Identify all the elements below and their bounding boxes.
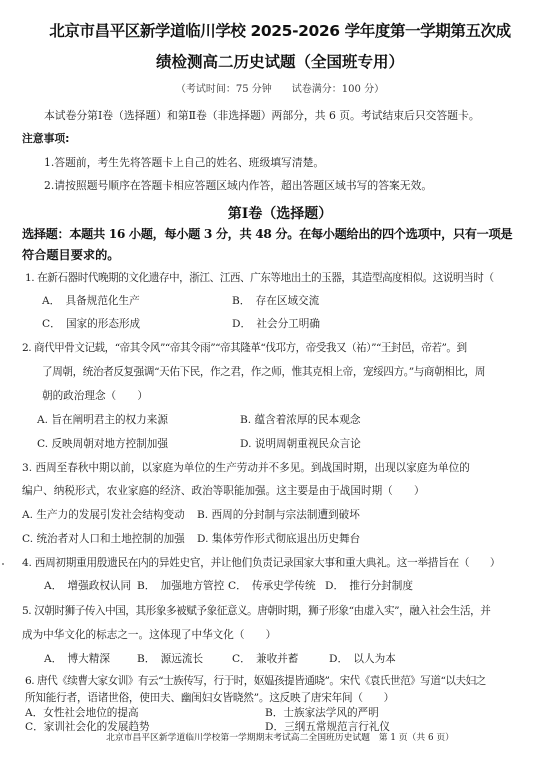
option-d: D． 以人为本: [329, 651, 396, 666]
question-stem: 编户、纳税形式，农业家庭的经济、政治等职能加强。这主要是由于战国时期（ ）: [22, 483, 425, 498]
option-c: C． 国家的形态形成: [42, 316, 140, 331]
section-title: 第Ⅰ卷（选择题）: [0, 203, 560, 223]
option-c: C． 传承史学传统: [228, 578, 316, 593]
option-b: B． 加强地方管控: [137, 578, 224, 593]
question-stem: 3. 西周至春秋中期以前，以家庭为单位的生产劳动并不多见。到战国时期，出现以家庭…: [22, 460, 470, 475]
exam-time-and-score: （考试时间：75 分钟 试卷满分：100 分）: [0, 80, 560, 95]
option-d: D． 推行分封制度: [325, 578, 413, 593]
question-stem: 所知能行者，语诸世俗，使田夫、幽闺妇女皆晓然”。这反映了唐宋年间（ ）: [25, 690, 394, 705]
question-stem: 5. 汉朝时狮子传入中国，其形象多被赋予象征意义。唐朝时期，狮子形象“由虚入实”…: [22, 603, 490, 618]
question-6-option-c: C．家训社会化的发展趋势: [25, 719, 150, 734]
option-b: B．士族家法学风的严明: [265, 705, 379, 720]
question-stem: 1. 在新石器时代晚期的文化遗存中，浙江、江西、广东等地出土的玉器，其造型高度相…: [25, 270, 494, 285]
option-c: C. 反映周朝对地方控制加强: [37, 436, 168, 451]
option-d: D. 集体劳作形式彻底退出历史舞台: [197, 531, 360, 546]
option-b: B． 存在区域交流: [232, 293, 319, 308]
option-a: A. 生产力的发展引发社会结构变动: [22, 507, 185, 522]
question-stem: 了周朝，统治者反复强调“天佑下民，作之君，作之师，惟其克相上帝，宠绥四方。”与商…: [42, 364, 485, 379]
option-b: B. 蕴含着浓厚的民本观念: [240, 412, 360, 427]
question-stem: 4. 西周初期重用殷遗民在内的异姓史官，并让他们负责记录国家大事和重大典礼。这一…: [22, 555, 500, 570]
scan-speck: [147, 491, 149, 493]
scan-speck: [2, 563, 4, 565]
option-a: A． 博大精深: [44, 651, 110, 666]
option-c: C． 兼收并蓄: [232, 651, 298, 666]
section-instruction-line-1: 选择题：本题共 16 小题，每小题 3 分，共 48 分。在每小题给出的四个选项…: [22, 225, 512, 242]
option-d: D. 说明周朝重视民众言论: [240, 436, 361, 451]
option-a: A． 具备规范化生产: [42, 293, 140, 308]
question-6-option-d: D．三纲五常规范言行礼仪: [265, 719, 390, 734]
option-b: B. 西周的分封制与宗法制遭到破坏: [197, 507, 360, 522]
option-a: A. 旨在阐明君主的权力来源: [37, 412, 168, 427]
question-stem: 成为中华文化的标志之一。这体现了中华文化（ ）: [22, 627, 276, 642]
exam-intro: 本试卷分第Ⅰ卷（选择题）和第Ⅱ卷（非选择题）两部分，共 6 页。考试结束后只交答…: [44, 108, 480, 123]
option-c: C. 统治者对人口和土地控制的加强: [22, 531, 185, 546]
option-d: D． 社会分工明确: [232, 316, 320, 331]
question-stem: 2. 商代甲骨文记载，“帝其令风”“帝其令雨”“帝其隆革“伐邛方，帝受我又（祐）…: [22, 340, 467, 355]
section-instruction-line-2: 符合题目要求的。: [22, 246, 120, 263]
option-a: A． 增强政权认同: [44, 578, 131, 593]
notice-item-2: 2.请按照题号顺序在答题卡相应答题区域内作答，超出答题区域书写的答案无效。: [44, 178, 432, 193]
notice-item-1: 1.答题前，考生先将答题卡上自己的姓名、班级填写清楚。: [44, 155, 324, 170]
exam-title-line-2: 绩检测高二历史试题（全国班专用）: [0, 50, 560, 72]
option-a: A．女性社会地位的提高: [25, 705, 139, 720]
question-stem: 朝的政治理念（ ）: [42, 388, 148, 403]
question-stem: 6. 唐代《续曹大家女训》有云“士族传写，行于时，妪媪孩提皆通晓”。宋代《袁氏世…: [25, 673, 486, 688]
exam-title-line-1: 北京市昌平区新学道临川学校 2025-2026 学年度第一学期第五次成: [0, 19, 560, 41]
notice-label: 注意事项:: [22, 131, 70, 146]
option-b: B． 源远流长: [137, 651, 203, 666]
